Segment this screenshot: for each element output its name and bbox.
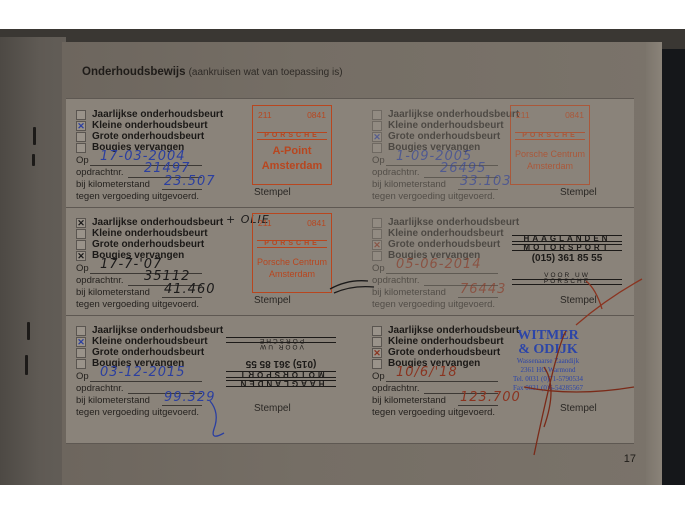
stamp-code-left: 211 <box>258 110 272 120</box>
stamp-phone: (015) 361 85 55 <box>512 253 622 264</box>
checkbox-annual[interactable] <box>372 326 382 336</box>
stamp-phone: (015) 361 85 55 <box>226 358 336 369</box>
stamp-label: Stempel <box>254 187 291 198</box>
mileage-label: bij kilometerstand <box>372 395 446 406</box>
order-number-label: opdrachtnr. <box>372 167 420 178</box>
checkbox-list: Jaarlijkse onderhoudsbeurtKleine onderho… <box>372 109 519 153</box>
checkbox-item-major: Grote onderhoudsbeurt <box>76 239 223 250</box>
date-line <box>386 273 498 274</box>
checkbox-label: Kleine onderhoudsbeurt <box>92 336 208 347</box>
stamp-code-left: 211 <box>516 110 530 120</box>
checkbox-major[interactable] <box>76 348 86 358</box>
checkbox-list: Jaarlijkse onderhoudsbeurt✕Kleine onderh… <box>76 325 223 369</box>
dealer-stamp: 2110841PORSCHEPorsche CentrumAmsterdam <box>510 105 590 185</box>
stamp-line: HAAGLANDEN <box>226 380 336 387</box>
checkbox-annual[interactable] <box>76 326 86 336</box>
payment-label: tegen vergoeding uitgevoerd. <box>372 407 495 418</box>
handwritten-mileage: 33.103 <box>460 174 512 189</box>
stamp-dealer-line: Amsterdam <box>511 160 589 172</box>
dealer-stamp: 2110841PORSCHEA-PointAmsterdam <box>252 105 332 185</box>
stamp-label: Stempel <box>254 403 291 414</box>
mileage-label: bij kilometerstand <box>76 395 150 406</box>
checkbox-item-small: Kleine onderhoudsbeurt <box>76 228 223 239</box>
payment-field: tegen vergoeding uitgevoerd. <box>76 191 199 203</box>
checkbox-small[interactable]: ✕ <box>76 337 86 347</box>
mileage-label: bij kilometerstand <box>372 179 446 190</box>
checkbox-item-annual: ✕Jaarlijkse onderhoudsbeurt <box>76 217 223 228</box>
checkbox-sparkplugs[interactable] <box>372 359 382 369</box>
signature <box>514 327 644 457</box>
payment-label: tegen vergoeding uitgevoerd. <box>372 191 495 202</box>
checkbox-sparkplugs[interactable] <box>76 359 86 369</box>
stamp-label: Stempel <box>254 295 291 306</box>
checkbox-item-small: ✕Kleine onderhoudsbeurt <box>76 336 223 347</box>
checkbox-small[interactable] <box>76 229 86 239</box>
page-number: 17 <box>624 453 636 465</box>
mileage-line <box>162 189 202 190</box>
checkbox-item-major: Grote onderhoudsbeurt <box>76 131 223 142</box>
service-booklet-page: Onderhoudsbewijs (aankruisen wat van toe… <box>62 42 662 485</box>
mileage-line <box>162 405 202 406</box>
checkbox-sparkplugs[interactable]: ✕ <box>76 251 86 261</box>
mileage-line <box>458 297 498 298</box>
checkbox-major[interactable]: ✕ <box>372 240 382 250</box>
payment-label: tegen vergoeding uitgevoerd. <box>76 299 199 310</box>
porsche-logo: PORSCHE <box>257 132 327 140</box>
checkbox-label: Grote onderhoudsbeurt <box>388 347 500 358</box>
checkbox-item-annual: Jaarlijkse onderhoudsbeurt <box>76 325 223 336</box>
checkbox-item-annual: Jaarlijkse onderhoudsbeurt <box>372 217 519 228</box>
payment-field: tegen vergoeding uitgevoerd. <box>372 299 495 311</box>
checkbox-label: Grote onderhoudsbeurt <box>92 239 204 250</box>
checkbox-list: Jaarlijkse onderhoudsbeurt✕Kleine onderh… <box>76 109 223 153</box>
checkbox-label: Grote onderhoudsbeurt <box>92 131 204 142</box>
checkbox-sparkplugs[interactable] <box>372 251 382 261</box>
left-page <box>0 37 66 485</box>
checkbox-label: Kleine onderhoudsbeurt <box>92 120 208 131</box>
checkbox-label: Jaarlijkse onderhoudsbeurt <box>92 217 223 228</box>
payment-label: tegen vergoeding uitgevoerd. <box>76 191 199 202</box>
checkbox-item-major: ✕Grote onderhoudsbeurt <box>372 131 519 142</box>
payment-field: tegen vergoeding uitgevoerd. <box>76 407 199 419</box>
handwritten-mileage: 76443 <box>460 282 506 297</box>
signature <box>566 269 646 329</box>
stamp-dealer-line: Amsterdam <box>253 159 331 174</box>
maintenance-form-grid: Jaarlijkse onderhoudsbeurt✕Kleine onderh… <box>66 98 634 444</box>
checkbox-major[interactable] <box>76 132 86 142</box>
checkbox-label: Grote onderhoudsbeurt <box>388 131 500 142</box>
signature <box>206 393 234 443</box>
porsche-logo: PORSCHE <box>515 132 585 140</box>
stamp-dealer-name: A-PointAmsterdam <box>253 144 331 174</box>
mileage-line <box>458 189 498 190</box>
checkbox-label: Kleine onderhoudsbeurt <box>388 228 504 239</box>
maintenance-entry: Jaarlijkse onderhoudsbeurtKleine onderho… <box>362 99 646 207</box>
stamp-dealer-line: Amsterdam <box>253 268 331 280</box>
page-header: Onderhoudsbewijs (aankruisen wat van toe… <box>82 66 343 78</box>
date-label: Op <box>76 263 89 274</box>
checkbox-label: Jaarlijkse onderhoudsbeurt <box>92 325 223 336</box>
checkbox-annual[interactable] <box>76 110 86 120</box>
checkbox-label: Jaarlijkse onderhoudsbeurt <box>388 217 519 228</box>
mileage-label: bij kilometerstand <box>372 287 446 298</box>
checkbox-list: ✕Jaarlijkse onderhoudsbeurtKleine onderh… <box>76 217 223 261</box>
checkbox-item-small: Kleine onderhoudsbeurt <box>372 120 519 131</box>
checkbox-major[interactable]: ✕ <box>372 348 382 358</box>
handwritten-date: 05-06-2014 <box>396 257 482 272</box>
date-label: Op <box>372 263 385 274</box>
checkbox-small[interactable] <box>372 337 382 347</box>
stamp-tag: VOOR UW <box>226 343 336 350</box>
handwritten-date: 03-12-2015 <box>100 365 186 380</box>
checkbox-item-annual: Jaarlijkse onderhoudsbeurt <box>372 109 519 120</box>
stamp-dealer-name: Porsche CentrumAmsterdam <box>511 148 589 172</box>
stamp-line: MOTORSPORT <box>512 244 622 251</box>
checkbox-annual[interactable] <box>372 218 382 228</box>
porsche-logo: PORSCHE <box>257 240 327 248</box>
checkbox-label: Jaarlijkse onderhoudsbeurt <box>92 109 223 120</box>
order-number-label: opdrachtnr. <box>372 275 420 286</box>
stamp-label: Stempel <box>560 187 597 198</box>
payment-label: tegen vergoeding uitgevoerd. <box>76 407 199 418</box>
order-number-label: opdrachtnr. <box>76 275 124 286</box>
payment-label: tegen vergoeding uitgevoerd. <box>372 299 495 310</box>
checkbox-small[interactable] <box>372 229 382 239</box>
checkbox-label: Kleine onderhoudsbeurt <box>388 120 504 131</box>
checkbox-label: Grote onderhoudsbeurt <box>92 347 204 358</box>
checkbox-major[interactable]: ✕ <box>372 132 382 142</box>
date-label: Op <box>76 155 89 166</box>
order-number-label: opdrachtnr. <box>76 383 124 394</box>
mileage-label: bij kilometerstand <box>76 179 150 190</box>
binding-stitch <box>27 322 30 340</box>
order-number-label: opdrachtnr. <box>76 167 124 178</box>
checkbox-sparkplugs[interactable] <box>372 143 382 153</box>
signature <box>328 275 378 295</box>
stamp-dealer-line: Porsche Centrum <box>253 256 331 268</box>
checkbox-item-small: Kleine onderhoudsbeurt <box>372 228 519 239</box>
binding-stitch <box>25 355 28 375</box>
checkbox-label: Kleine onderhoudsbeurt <box>92 228 208 239</box>
checkbox-sparkplugs[interactable] <box>76 143 86 153</box>
mileage-line <box>458 405 498 406</box>
page-edge <box>646 42 662 485</box>
binding-stitch <box>32 154 35 166</box>
photo-background: Onderhoudsbewijs (aankruisen wat van toe… <box>0 29 685 485</box>
handwritten-mileage: 23.507 <box>164 174 216 189</box>
page-subtitle: (aankruisen wat van toepassing is) <box>189 67 343 78</box>
payment-field: tegen vergoeding uitgevoerd. <box>372 191 495 203</box>
maintenance-entry: Jaarlijkse onderhoudsbeurt✕Kleine onderh… <box>66 99 350 207</box>
stamp-tag: PORSCHE <box>226 337 336 343</box>
checkbox-item-major: Grote onderhoudsbeurt <box>76 347 223 358</box>
checkbox-small[interactable]: ✕ <box>76 121 86 131</box>
checkbox-major[interactable] <box>76 240 86 250</box>
mileage-line <box>162 297 202 298</box>
stamp-dealer-line: A-Point <box>253 144 331 159</box>
stamp-line: MOTORSPORT <box>226 371 336 378</box>
dealer-stamp: 2110841PORSCHEPorsche CentrumAmsterdam <box>252 213 332 293</box>
binding-stitch <box>33 127 36 145</box>
dealer-stamp: HAAGLANDENMOTORSPORT(015) 361 85 55VOOR … <box>226 337 336 389</box>
date-label: Op <box>76 371 89 382</box>
checkbox-list: Jaarlijkse onderhoudsbeurtKleine onderho… <box>372 217 519 261</box>
checkbox-annual[interactable] <box>372 110 382 120</box>
stamp-code-right: 0841 <box>565 110 584 120</box>
checkbox-item-major: ✕Grote onderhoudsbeurt <box>372 239 519 250</box>
handwritten-date: 10/6/'18 <box>396 365 458 380</box>
payment-field: tegen vergoeding uitgevoerd. <box>76 299 199 311</box>
checkbox-small[interactable] <box>372 121 382 131</box>
stamp-dealer-name: Porsche CentrumAmsterdam <box>253 256 331 280</box>
stamp-line: HAAGLANDEN <box>512 235 622 242</box>
handwritten-mileage: 41.460 <box>164 282 216 297</box>
stamp-code-left: 211 <box>258 218 272 228</box>
order-number-label: opdrachtnr. <box>372 383 420 394</box>
date-line <box>90 381 202 382</box>
page-title: Onderhoudsbewijs <box>82 66 186 78</box>
stamp-code-right: 0841 <box>307 218 326 228</box>
date-line <box>386 381 498 382</box>
date-label: Op <box>372 371 385 382</box>
checkbox-item-small: ✕Kleine onderhoudsbeurt <box>76 120 223 131</box>
stamp-dealer-line: Porsche Centrum <box>511 148 589 160</box>
payment-field: tegen vergoeding uitgevoerd. <box>372 407 495 419</box>
checkbox-label: Kleine onderhoudsbeurt <box>388 336 504 347</box>
checkbox-label: Jaarlijkse onderhoudsbeurt <box>388 109 519 120</box>
checkbox-annual[interactable]: ✕ <box>76 218 86 228</box>
date-label: Op <box>372 155 385 166</box>
stamp-code-right: 0841 <box>307 110 326 120</box>
mileage-label: bij kilometerstand <box>76 287 150 298</box>
checkbox-item-annual: Jaarlijkse onderhoudsbeurt <box>76 109 223 120</box>
maintenance-entry: ✕Jaarlijkse onderhoudsbeurtKleine onderh… <box>66 207 350 315</box>
checkbox-label: Grote onderhoudsbeurt <box>388 239 500 250</box>
